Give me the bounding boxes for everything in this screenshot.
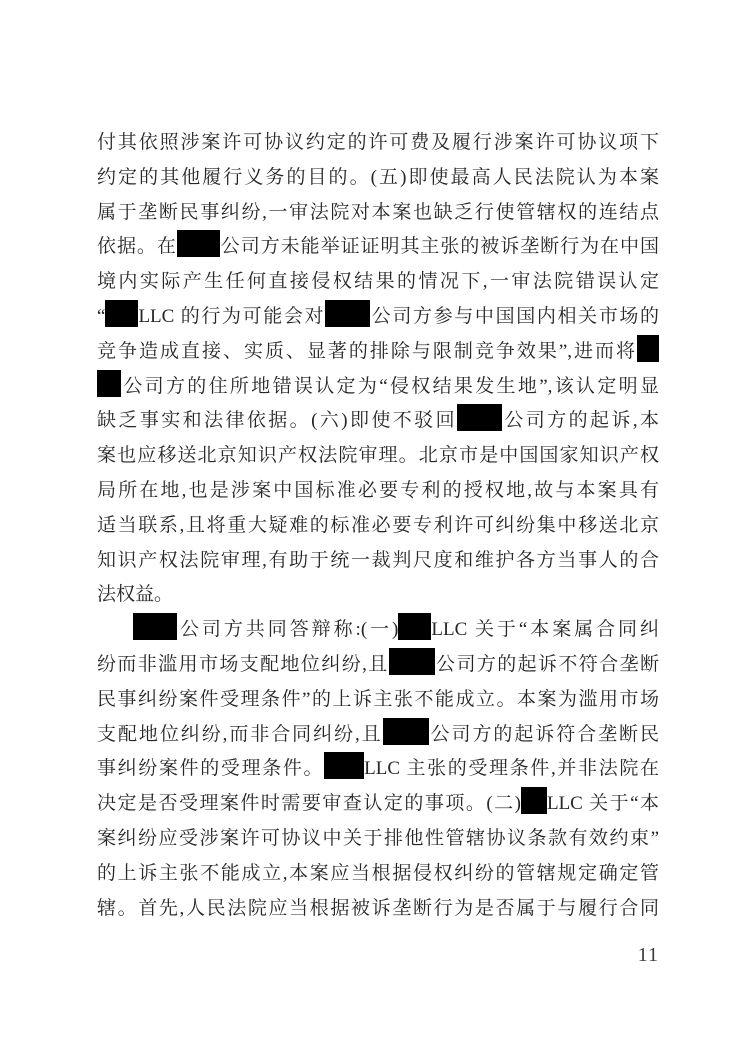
redaction-block [637,335,659,362]
text-run: 的上诉主张不能成立,本案应当根据侵权纠纷的管辖规定确定管 [97,863,659,884]
text-run: “ [97,306,105,327]
text-line: 法权益。 [97,578,659,613]
text-line: 境内实际产生任何直接侵权结果的情况下,一审法院错误认定 [97,265,659,300]
text-run: 局所在地,也是涉案中国标准必要专利的授权地,故与本案具有 [97,480,659,501]
redaction-block [521,787,547,814]
text-run: 适当联系,且将重大疑难的标准必要专利许可纠纷集中移送北京 [97,515,659,536]
text-run: 境内实际产生任何直接侵权结果的情况下,一审法院错误认定 [97,271,659,292]
text-run: 法权益。 [97,584,173,605]
redaction-block [177,230,220,257]
text-run: 属于垄断民事纠纷,一审法院对本案也缺乏行使管辖权的连结点 [97,202,659,223]
text-run: 付其依照涉案许可协议约定的许可费及履行涉案许可协议项下 [97,132,659,153]
text-run: 辖。首先,人民法院应当根据被诉垄断行为是否属于与履行合同 [97,898,659,919]
text-run: 民事纠纷案件受理条件”的上诉主张不能成立。本案为滥用市场 [97,689,659,710]
text-line: 适当联系,且将重大疑难的标准必要专利许可纠纷集中移送北京 [97,509,659,544]
text-line: 公司方共同答辩称:(一)LLC 关于“本案属合同纠 [97,613,659,648]
text-line: 依据。在公司方未能举证证明其主张的被诉垄断行为在中国 [97,230,659,265]
text-line: 的上诉主张不能成立,本案应当根据侵权纠纷的管辖规定确定管 [97,857,659,892]
redaction-block [389,648,435,675]
text-line: “LLC 的行为可能会对公司方参与中国国内相关市场的 [97,300,659,335]
text-run: 公司方未能举证证明其主张的被诉垄断行为在中国 [220,236,659,257]
text-run: 公司方参与中国国内相关市场的 [370,306,659,327]
redaction-block [325,300,370,327]
text-run: 知识产权法院审理,有助于统一裁判尺度和维护各方当事人的合 [97,550,659,571]
text-line: 支配地位纠纷,而非合同纠纷,且公司方的起诉符合垄断民 [97,718,659,753]
text-line: 知识产权法院审理,有助于统一裁判尺度和维护各方当事人的合 [97,544,659,579]
text-run: 竞争造成直接、实质、显著的排除与限制竞争效果”,进而将 [97,341,637,362]
text-line: 案也应移送北京知识产权法院审理。北京市是中国国家知识产权 [97,439,659,474]
text-run: 公司方的起诉符合垄断民 [429,724,659,745]
redaction-block [105,300,138,327]
text-line: 辖。首先,人民法院应当根据被诉垄断行为是否属于与履行合同 [97,892,659,927]
page-number: 11 [97,943,659,967]
text-line: 属于垄断民事纠纷,一审法院对本案也缺乏行使管辖权的连结点 [97,196,659,231]
text-run: 公司方共同答辩称:(一) [177,619,398,640]
text-line: 民事纠纷案件受理条件”的上诉主张不能成立。本案为滥用市场 [97,683,659,718]
text-run: 约定的其他履行义务的目的。(五)即使最高人民法院认为本案 [97,167,659,188]
text-line: 事纠纷案件的受理条件。LLC 主张的受理条件,并非法院在 [97,752,659,787]
document-page: 付其依照涉案许可协议约定的许可费及履行涉案许可协议项下约定的其他履行义务的目的。… [0,0,750,1061]
text-line: 公司方的住所地错误认定为“侵权结果发生地”,该认定明显 [97,370,659,405]
text-run: LLC 关于“本案属合同纠 [431,619,659,640]
text-block: 付其依照涉案许可协议约定的许可费及履行涉案许可协议项下约定的其他履行义务的目的。… [97,126,659,926]
text-line: 约定的其他履行义务的目的。(五)即使最高人民法院认为本案 [97,161,659,196]
text-line: 局所在地,也是涉案中国标准必要专利的授权地,故与本案具有 [97,474,659,509]
text-run: 案纠纷应受涉案许可协议中关于排他性管辖协议条款有效约束” [97,828,659,849]
redaction-block [457,404,502,431]
text-run: 事纠纷案件的受理条件。 [97,758,324,779]
text-run: 公司方的起诉不符合垄断 [435,654,659,675]
redaction-block [324,752,364,779]
text-line: 案纠纷应受涉案许可协议中关于排他性管辖协议条款有效约束” [97,822,659,857]
text-line: 付其依照涉案许可协议约定的许可费及履行涉案许可协议项下 [97,126,659,161]
text-run: 案也应移送北京知识产权法院审理。北京市是中国国家知识产权 [97,445,659,466]
text-run: 支配地位纠纷,而非合同纠纷,且 [97,724,383,745]
text-run: 纷而非滥用市场支配地位纠纷,且 [97,654,389,675]
text-line: 竞争造成直接、实质、显著的排除与限制竞争效果”,进而将 [97,335,659,370]
text-run: LLC 的行为可能会对 [138,306,325,327]
text-line: 决定是否受理案件时需要审查认定的事项。(二)LLC 关于“本 [97,787,659,822]
redaction-block [398,613,431,640]
text-run: LLC 主张的受理条件,并非法院在 [364,758,659,779]
text-run: LLC 关于“本 [547,793,659,814]
text-line: 纷而非滥用市场支配地位纠纷,且公司方的起诉不符合垄断 [97,648,659,683]
text-run: 依据。在 [97,236,177,257]
text-run: 缺乏事实和法律依据。(六)即使不驳回 [97,410,457,431]
text-line: 缺乏事实和法律依据。(六)即使不驳回公司方的起诉,本 [97,404,659,439]
redaction-block [97,370,121,397]
text-run: 决定是否受理案件时需要审查认定的事项。(二) [97,793,521,814]
text-run: 公司方的起诉,本 [502,410,659,431]
redaction-block [383,718,429,745]
text-run: 公司方的住所地错误认定为“侵权结果发生地”,该认定明显 [121,376,659,397]
redaction-block [133,613,177,640]
